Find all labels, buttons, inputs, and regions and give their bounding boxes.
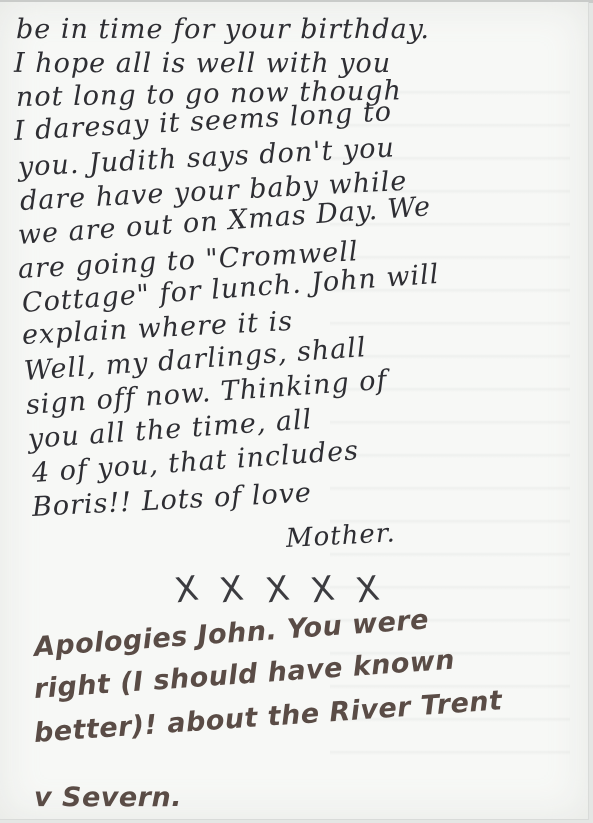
postscript-line-4: v Severn. — [34, 782, 182, 813]
signature: Mother. — [285, 518, 396, 554]
kisses-row: X X X X X — [175, 570, 379, 610]
letter-line-2: I hope all is well with you — [14, 48, 391, 79]
letter-line-1: be in time for your birthday. — [16, 14, 430, 45]
kiss-mark: X — [172, 569, 201, 612]
kiss-mark: X — [263, 569, 292, 612]
kiss-mark: X — [354, 569, 383, 612]
kiss-mark: X — [218, 569, 247, 612]
kiss-mark: X — [308, 569, 337, 612]
letter-page: be in time for your birthday. I hope all… — [0, 2, 589, 820]
